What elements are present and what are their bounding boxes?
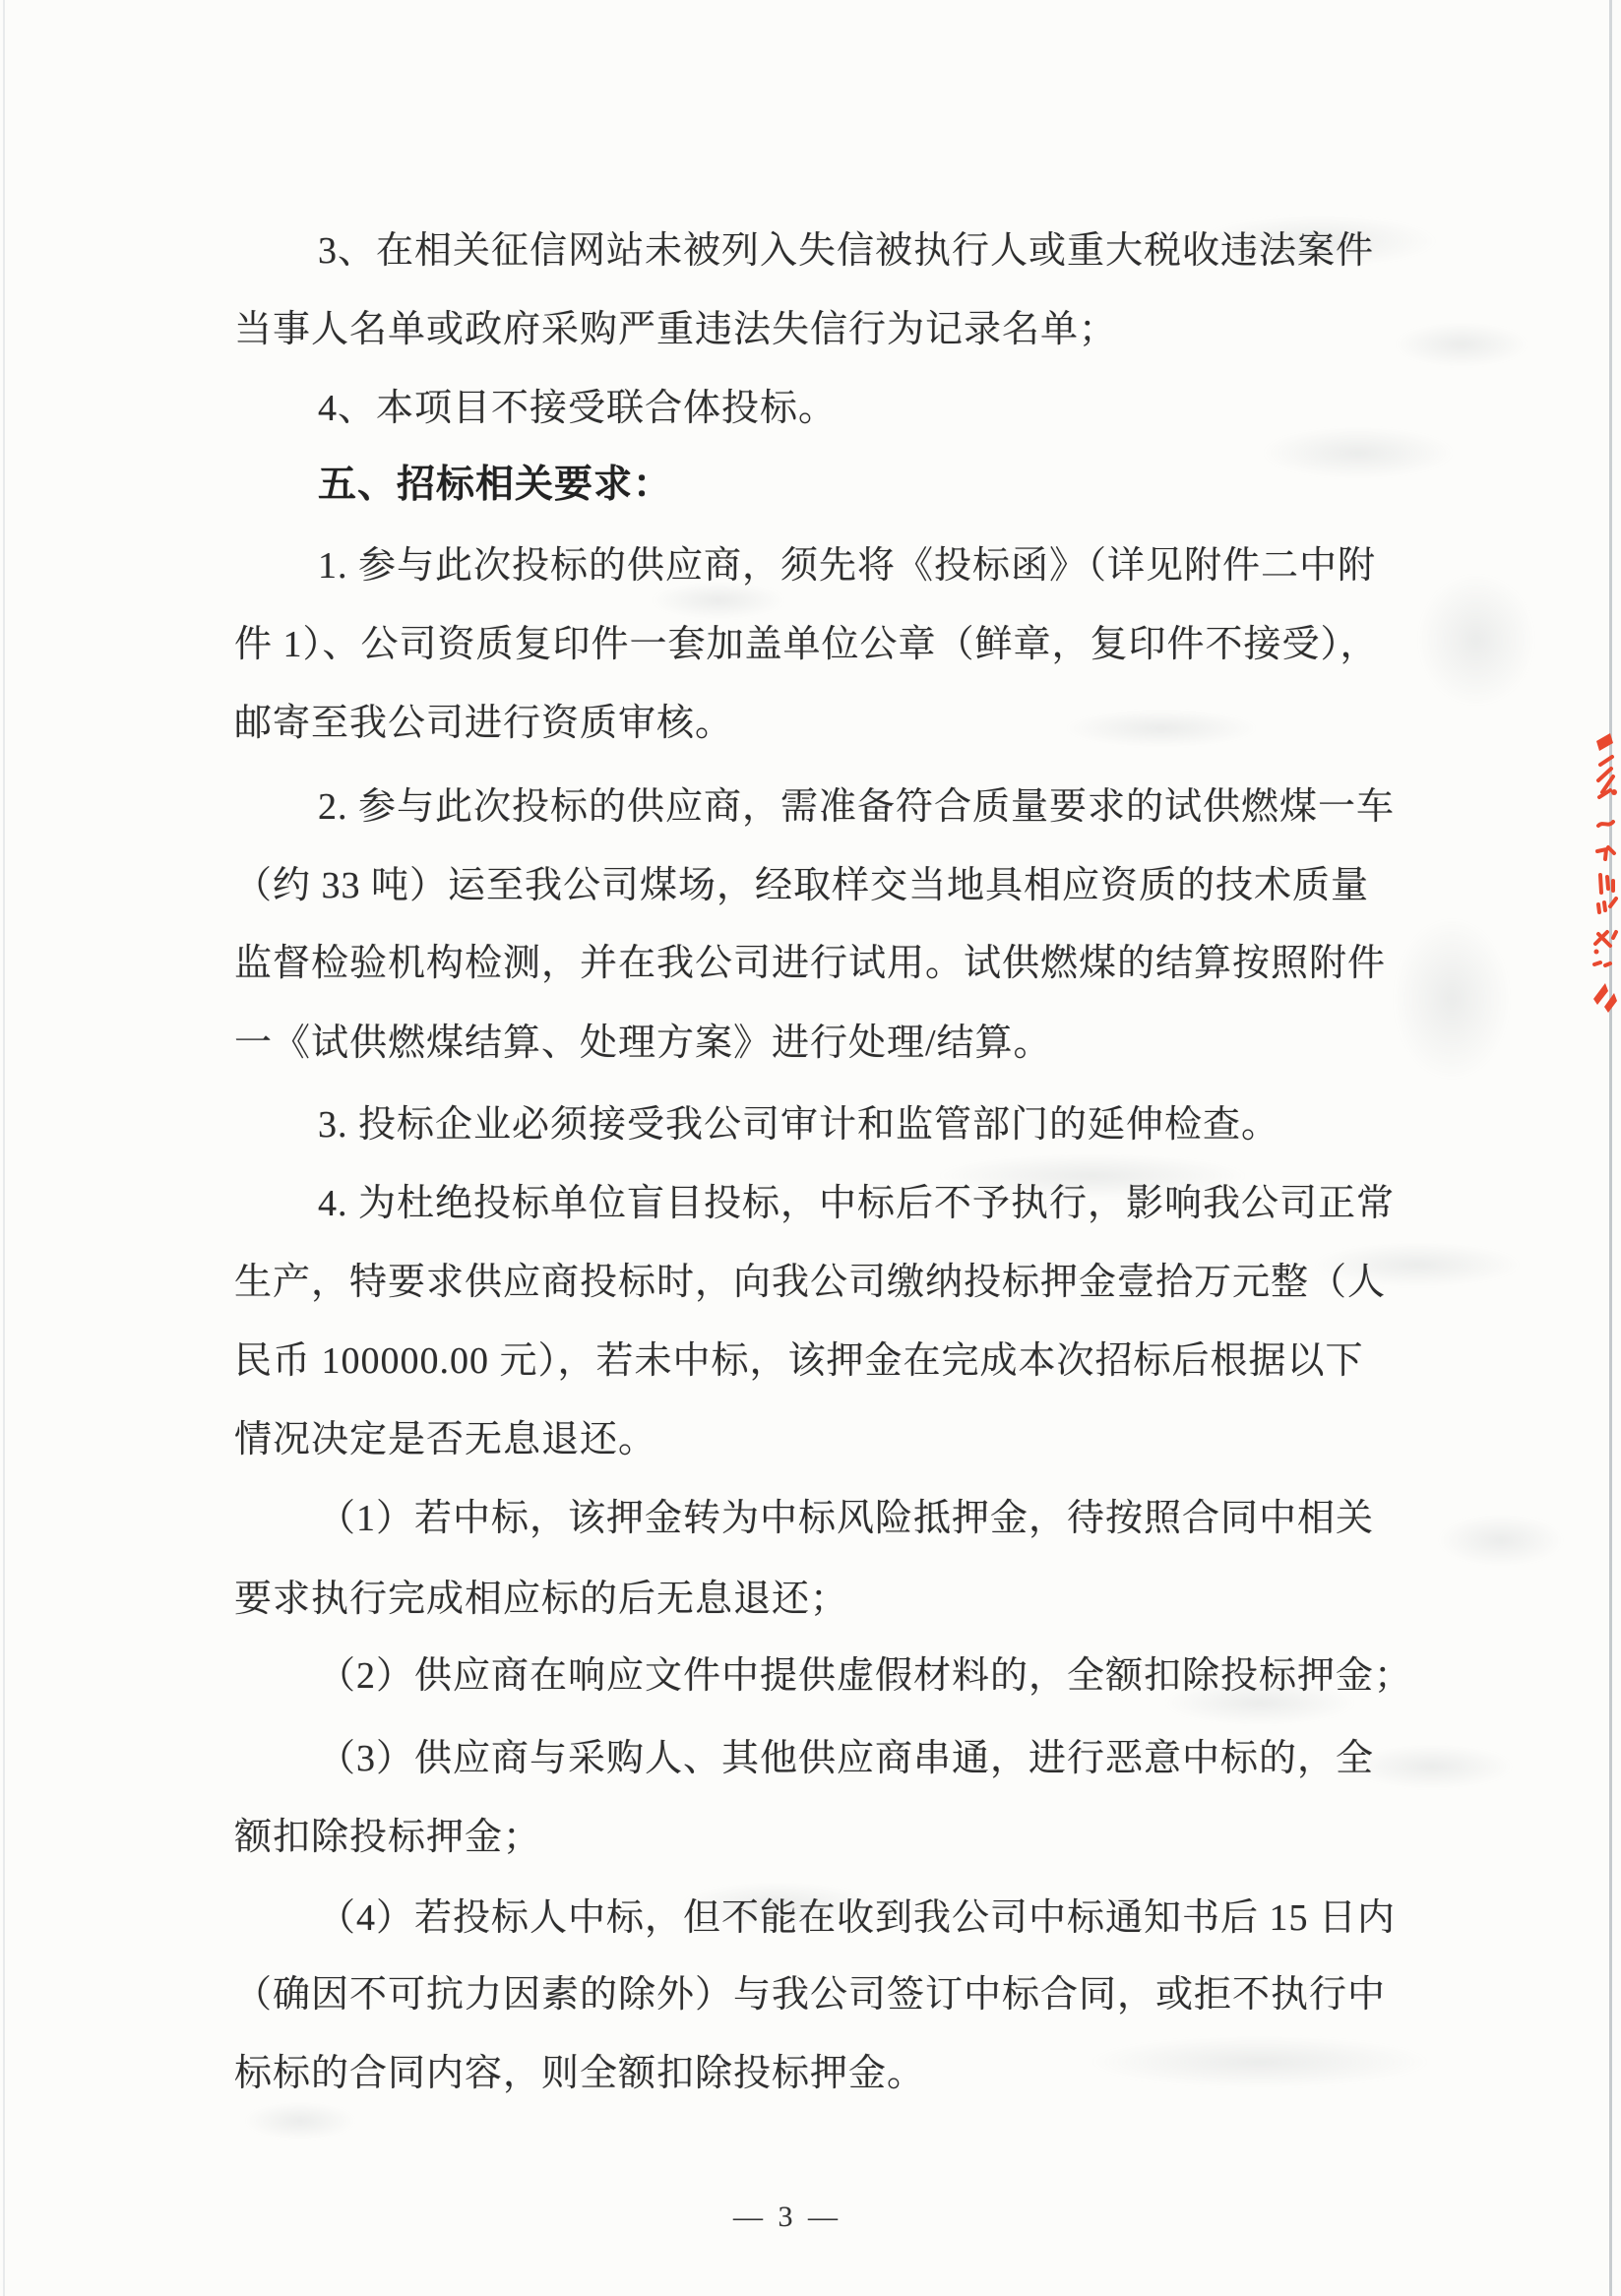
bleed-through-smudge xyxy=(1033,704,1289,753)
doc-line: 标标的合同内容，则全额扣除投标押金。 xyxy=(234,2052,925,2095)
doc-line: 监督检验机构检测，并在我公司进行试用。试供燃煤的结算按照附件 xyxy=(234,942,1386,985)
doc-line: 额扣除投标押金； xyxy=(234,1816,541,1859)
doc-line: （约 33 吨）运至我公司煤场，经取样交当地具相应资质的技术质量 xyxy=(234,864,1369,907)
doc-line: （确因不可抗力因素的除外）与我公司签订中标合同，或拒不执行中 xyxy=(234,1973,1386,2017)
doc-line: （3）供应商与采购人、其他供应商串通，进行恶意中标的，全 xyxy=(318,1737,1374,1780)
doc-line: 邮寄至我公司进行资质审核。 xyxy=(234,702,733,745)
doc-line: 要求执行完成相应标的后无息退还； xyxy=(234,1578,848,1621)
doc-line: 当事人名单或政府采购严重违法失信行为记录名单； xyxy=(234,308,1117,351)
doc-line: 3、在相关征信网站未被列入失信被执行人或重大税收违法案件 xyxy=(318,229,1374,273)
bleed-through-smudge xyxy=(1398,551,1555,728)
bleed-through-smudge xyxy=(1417,1506,1585,1575)
bleed-through-smudge xyxy=(1373,891,1530,1107)
bleed-through-smudge xyxy=(1373,315,1550,374)
doc-line: 4、本项目不接受联合体投标。 xyxy=(318,387,837,430)
page-number: — 3 — xyxy=(0,2201,1575,2234)
scanned-document-page: 3、在相关征信网站未被列入失信被执行人或重大税收违法案件 当事人名单或政府采购严… xyxy=(0,0,1621,2296)
bleed-through-smudge xyxy=(1230,418,1486,487)
doc-line: 3. 投标企业必须接受我公司审计和监管部门的延伸检查。 xyxy=(318,1103,1279,1147)
scan-edge-line-left xyxy=(3,0,5,2296)
doc-line: 1. 参与此次投标的供应商，须先将《投标函》（详见附件二中附 xyxy=(318,544,1376,588)
red-ink-svg xyxy=(1571,704,1620,1019)
doc-line: 民币 100000.00 元），若未中标，该押金在完成本次招标后根据以下 xyxy=(234,1339,1364,1383)
doc-line: （1）若中标，该押金转为中标风险抵押金，待按照合同中相关 xyxy=(318,1497,1374,1540)
doc-line: 一《试供燃煤结算、处理方案》进行处理/结算。 xyxy=(234,1022,1052,1065)
scan-edge-line-right xyxy=(1609,0,1612,2296)
doc-line: 生产，特要求供应商投标时，向我公司缴纳投标押金壹拾万元整（人 xyxy=(234,1261,1386,1304)
doc-line: 2. 参与此次投标的供应商，需准备符合质量要求的试供燃煤一车 xyxy=(318,785,1395,829)
doc-line: 情况决定是否无息退还。 xyxy=(234,1418,656,1461)
bleed-through-smudge xyxy=(226,2096,374,2145)
red-ink-stroke-group xyxy=(1594,757,1616,965)
doc-line: 件 1）、公司资质复印件一套加盖单位公章（鲜章，复印件不接受）， xyxy=(234,623,1379,666)
doc-line: （4）若投标人中标，但不能在收到我公司中标通知书后 15 日内 xyxy=(318,1896,1396,1940)
doc-line: （2）供应商在响应文件中提供虚假材料的，全额扣除投标押金； xyxy=(318,1654,1412,1698)
section-heading: 五、招标相关要求： xyxy=(318,464,672,507)
red-ink-marks xyxy=(1571,704,1620,1019)
doc-line: 4. 为杜绝投标单位盲目投标，中标后不予执行，影响我公司正常 xyxy=(318,1182,1395,1225)
bleed-through-smudge xyxy=(1033,2027,1486,2096)
